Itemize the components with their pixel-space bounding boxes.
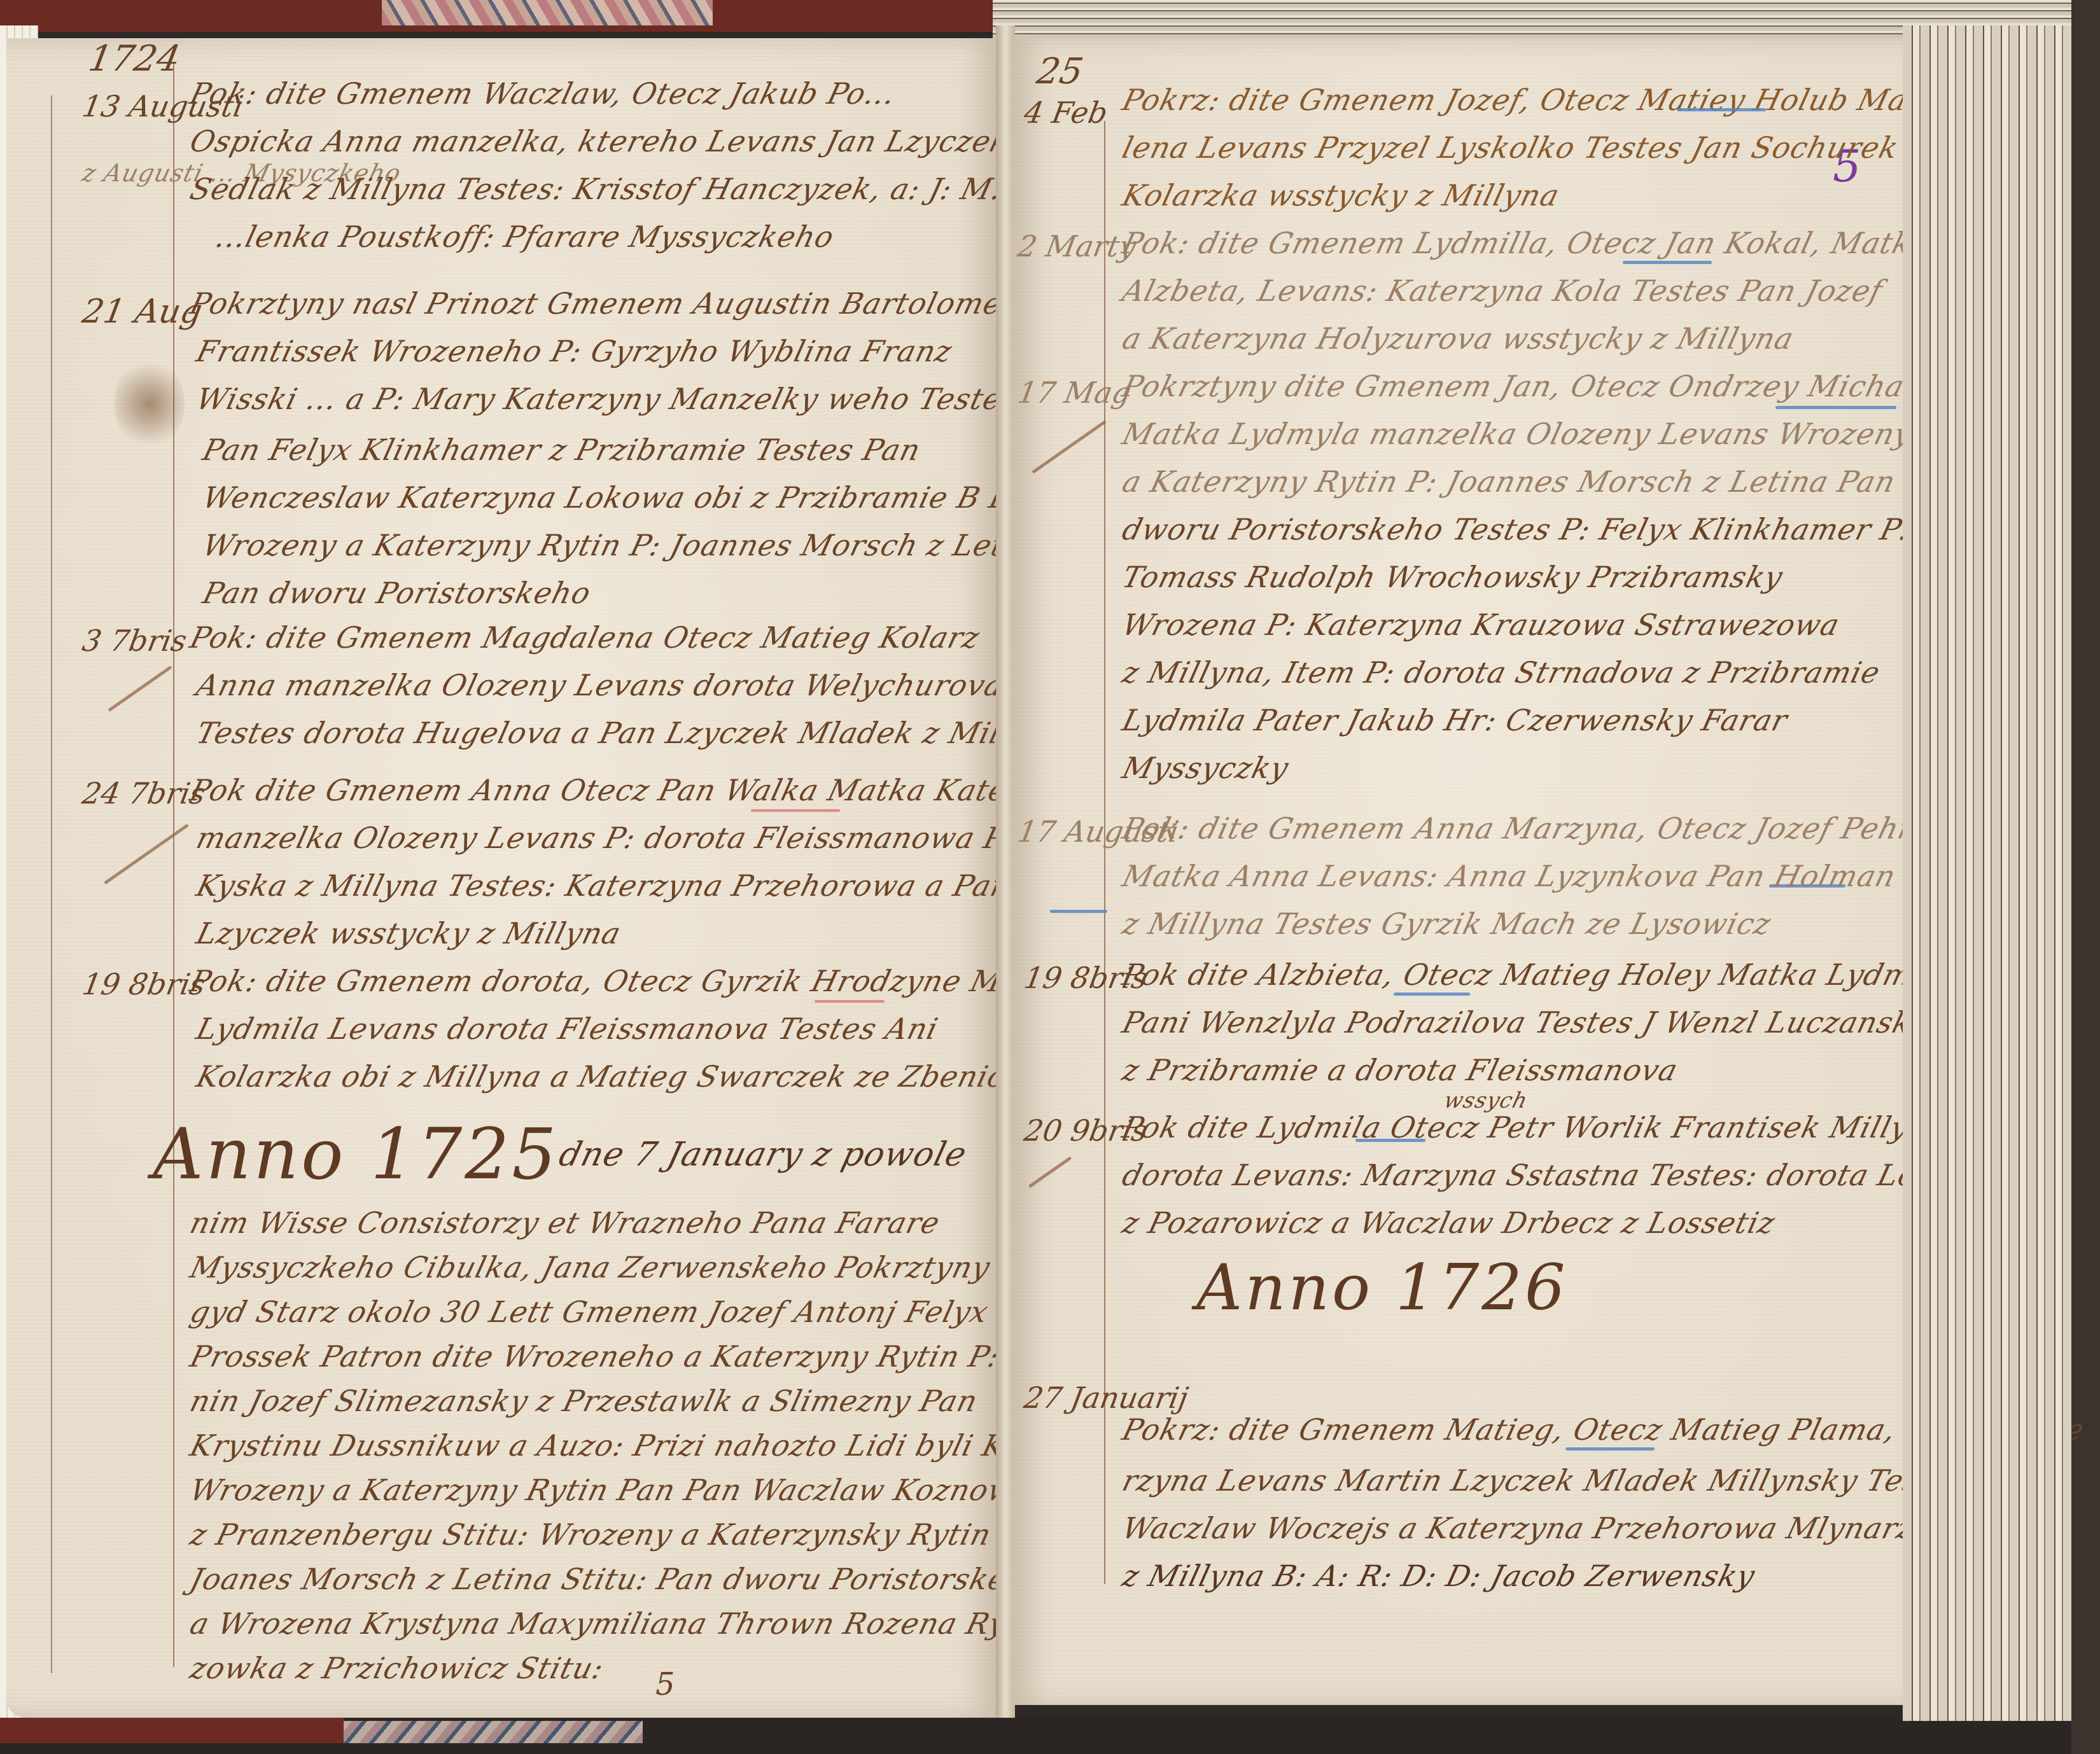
- entry-line: manzelka Olozeny Levans P: dorota Fleiss…: [193, 821, 1019, 855]
- margin-dash: [108, 665, 172, 712]
- entry-line: a Katerzyna Holyzurova wsstycky z Millyn…: [1119, 321, 1797, 356]
- entry-line: dorota Levans: Marzyna Sstastna Testes: …: [1119, 1158, 1990, 1192]
- entry-line: Pan Felyx Klinkhamer z Przibramie Testes…: [199, 433, 924, 467]
- blue-underline: [1623, 261, 1712, 264]
- blue-underline: [1050, 910, 1107, 913]
- entry-line: ...lenka Poustkoff: Pfarare Myssyczkeho: [212, 219, 837, 254]
- anno-line: Krystinu Dussnikuw a Auzo: Prizi nahozto…: [186, 1428, 1068, 1463]
- entry-line: z Millyna Testes Gyrzik Mach ze Lysowicz: [1119, 907, 1775, 941]
- entry-line: Pok: dite Gmenem Lydmilla, Otecz Jan Kok…: [1119, 226, 1934, 260]
- left-page: 1724 13 Augusti z Augusti ... Mysyczkeho…: [6, 38, 999, 1718]
- entry-line: Wrozena P: Katerzyna Krauzowa Sstrawezow…: [1119, 608, 1843, 642]
- anno-heading: Anno 1726: [1196, 1250, 1568, 1325]
- anno-heading-suffix: dne 7 January z powole: [556, 1136, 971, 1174]
- anno-line: Prossek Patron dite Wrozeneho a Katerzyn…: [186, 1339, 1067, 1374]
- top-numeral: 25: [1033, 51, 1086, 92]
- outer-frame-rule: [51, 95, 52, 1673]
- entry-line: Wisski ... a P: Mary Katerzyny Manzelky …: [193, 382, 1021, 416]
- entry-line: Alzbeta, Levans: Katerzyna Kola Testes P…: [1119, 274, 1886, 308]
- entry-line: Ospicka Anna manzelka, ktereho Levans Ja…: [186, 124, 1013, 158]
- entry-date: 27 Januarij: [1021, 1381, 1191, 1415]
- book-cover-bottom-red: [0, 1718, 344, 1743]
- anno-line: nim Wisse Consistorzy et Wrazneho Pana F…: [186, 1206, 944, 1240]
- entry-line: Pan dworu Poristorskeho: [199, 576, 594, 610]
- entry-line: Testes dorota Hugelova a Pan Lzyczek Mla…: [193, 716, 1069, 750]
- entry-line: Pok: dite Gmenem Anna Marzyna, Otecz Joz…: [1119, 811, 1917, 846]
- right-page: 25 5 4 Feb Pokrz: dite Gmenem Jozef, Ote…: [1012, 38, 1903, 1705]
- entry-line: Pok: dite Gmenem Waczlaw, Otecz Jakub Po…: [186, 76, 899, 111]
- entry-line: lena Levans Przyzel Lyskolko Testes Jan …: [1119, 130, 1991, 165]
- anno-line: zowka z Przichowicz Stitu:: [186, 1651, 608, 1685]
- page-number: 5: [655, 1667, 675, 1702]
- entry-line: Lydmila Levans dorota Fleissmanova Teste…: [193, 1012, 942, 1046]
- anno-line: z Pranzenbergu Stitu: Wrozeny a Katerzyn…: [186, 1517, 995, 1552]
- page-stack-fore-edge: [1903, 25, 2071, 1721]
- entry-line: Pok dite Gmenem Anna Otecz Pan Walka Mat…: [186, 773, 1035, 807]
- entry-line: z Millyna, Item P: dorota Strnadova z Pr…: [1119, 655, 1884, 690]
- entry-line: a Katerzyny Rytin P: Joannes Morsch z Le…: [1119, 464, 1899, 499]
- entry-line: Myssyczky: [1119, 751, 1292, 785]
- marbled-endpaper-bottom: [344, 1721, 643, 1743]
- entry-line: Waczlaw Woczejs a Katerzyna Przehorowa M…: [1119, 1511, 1935, 1545]
- anno-line: nin Jozef Slimezansky z Przestawlk a Sli…: [186, 1384, 981, 1418]
- entry-line: Sedlak z Millyna Testes: Krisstof Hanczy…: [186, 172, 1007, 206]
- ink-stain: [115, 356, 185, 452]
- entry-line: z Przibramie a dorota Fleissmanova: [1119, 1053, 1681, 1087]
- marbled-endpaper-top: [382, 0, 713, 25]
- margin-dash: [1032, 420, 1107, 473]
- signature-line: z Millyna B: A: R: D: D: Jacob Zerwensky: [1119, 1559, 1758, 1593]
- entry-line: Wrozeny a Katerzyny Rytin P: Joannes Mor…: [199, 528, 1123, 562]
- entry-line: Pokrztyny dite Gmenem Jan, Otecz Ondrzey…: [1119, 369, 1954, 403]
- entry-line: Pani Wenzlyla Podrazilova Testes J Wenzl…: [1119, 1005, 1991, 1040]
- blue-underline: [1775, 406, 1896, 409]
- entry-line: Frantissek Wrozeneho P: Gyrzyho Wyblina …: [193, 334, 956, 368]
- entry-line: Lzyczek wsstycky z Millyna: [193, 916, 624, 950]
- entry-line: Matka Lydmyla manzelka Olozeny Levans Wr…: [1119, 417, 1916, 451]
- anno-line: a Wrozena Krystyna Maxymiliana Thrown Ro…: [186, 1606, 1021, 1641]
- blue-underline: [1394, 992, 1470, 996]
- entry-line: Anna manzelka Olozeny Levans dorota Wely…: [193, 668, 1007, 702]
- red-underline: [815, 1000, 885, 1003]
- entry-line: Kolarzka wsstycky z Millyna: [1119, 178, 1563, 212]
- blue-underline: [1565, 1447, 1655, 1451]
- entry-line: rzyna Levans Martin Lzyczek Mladek Milly…: [1119, 1463, 1969, 1498]
- margin-rule: [1104, 121, 1105, 1584]
- background-right: [2071, 0, 2100, 1754]
- entry-line: Kyska z Millyna Testes: Katerzyna Przeho…: [193, 868, 1015, 903]
- entry-date: 3 7bris: [80, 623, 189, 658]
- anno-line: Wrozeny a Katerzyny Rytin Pan Pan Waczla…: [186, 1473, 1069, 1507]
- entry-line: Kolarzka obi z Millyna a Matieg Swarczek…: [193, 1059, 1025, 1094]
- entry-line: Pok: dite Gmenem Magdalena Otecz Matieg …: [186, 620, 983, 655]
- entry-line: Pok: dite Gmenem dorota, Otecz Gyrzik Hr…: [186, 964, 1054, 998]
- entry-line: z Pozarowicz a Waczlaw Drbecz z Lossetiz: [1119, 1206, 1779, 1240]
- entry-line: Pok dite Lydmila Otecz Petr Worlik Frant…: [1119, 1110, 2040, 1145]
- entry-line: dworu Poristorskeho Testes P: Felyx Klin…: [1119, 512, 1915, 546]
- blue-underline: [1677, 108, 1766, 111]
- anno-heading: Anno 1725: [153, 1113, 559, 1195]
- entry-line: Wenczeslaw Katerzyna Lokowa obi z Przibr…: [199, 480, 1103, 515]
- entry-line: Lydmila Pater Jakub Hr: Czerwensky Farar: [1119, 703, 1791, 737]
- entry-date: 17 Mag: [1015, 375, 1134, 410]
- year-header: 1724: [85, 38, 183, 80]
- red-underline: [751, 809, 840, 812]
- anno-line: gyd Starz okolo 30 Lett Gmenem Jozef Ant…: [186, 1295, 992, 1329]
- entry-line: Pokrztyny nasl Prinozt Gmenem Augustin B…: [186, 286, 1023, 321]
- entry-line: wssych: [1441, 1088, 1530, 1113]
- margin-dash: [104, 824, 189, 885]
- blue-underline: [1355, 1139, 1425, 1142]
- entry-date: 4 Feb: [1021, 95, 1110, 130]
- margin-dash: [1028, 1157, 1072, 1188]
- entry-line: Matka Anna Levans: Anna Lyzynkova Pan Ho…: [1119, 859, 1900, 893]
- entry-line: Tomass Rudolph Wrochowsky Przibramsky: [1119, 560, 1786, 594]
- anno-line: Joanes Morsch z Letina Stitu: Pan dworu …: [186, 1562, 1049, 1596]
- entry-date: 21 Aug: [80, 293, 206, 331]
